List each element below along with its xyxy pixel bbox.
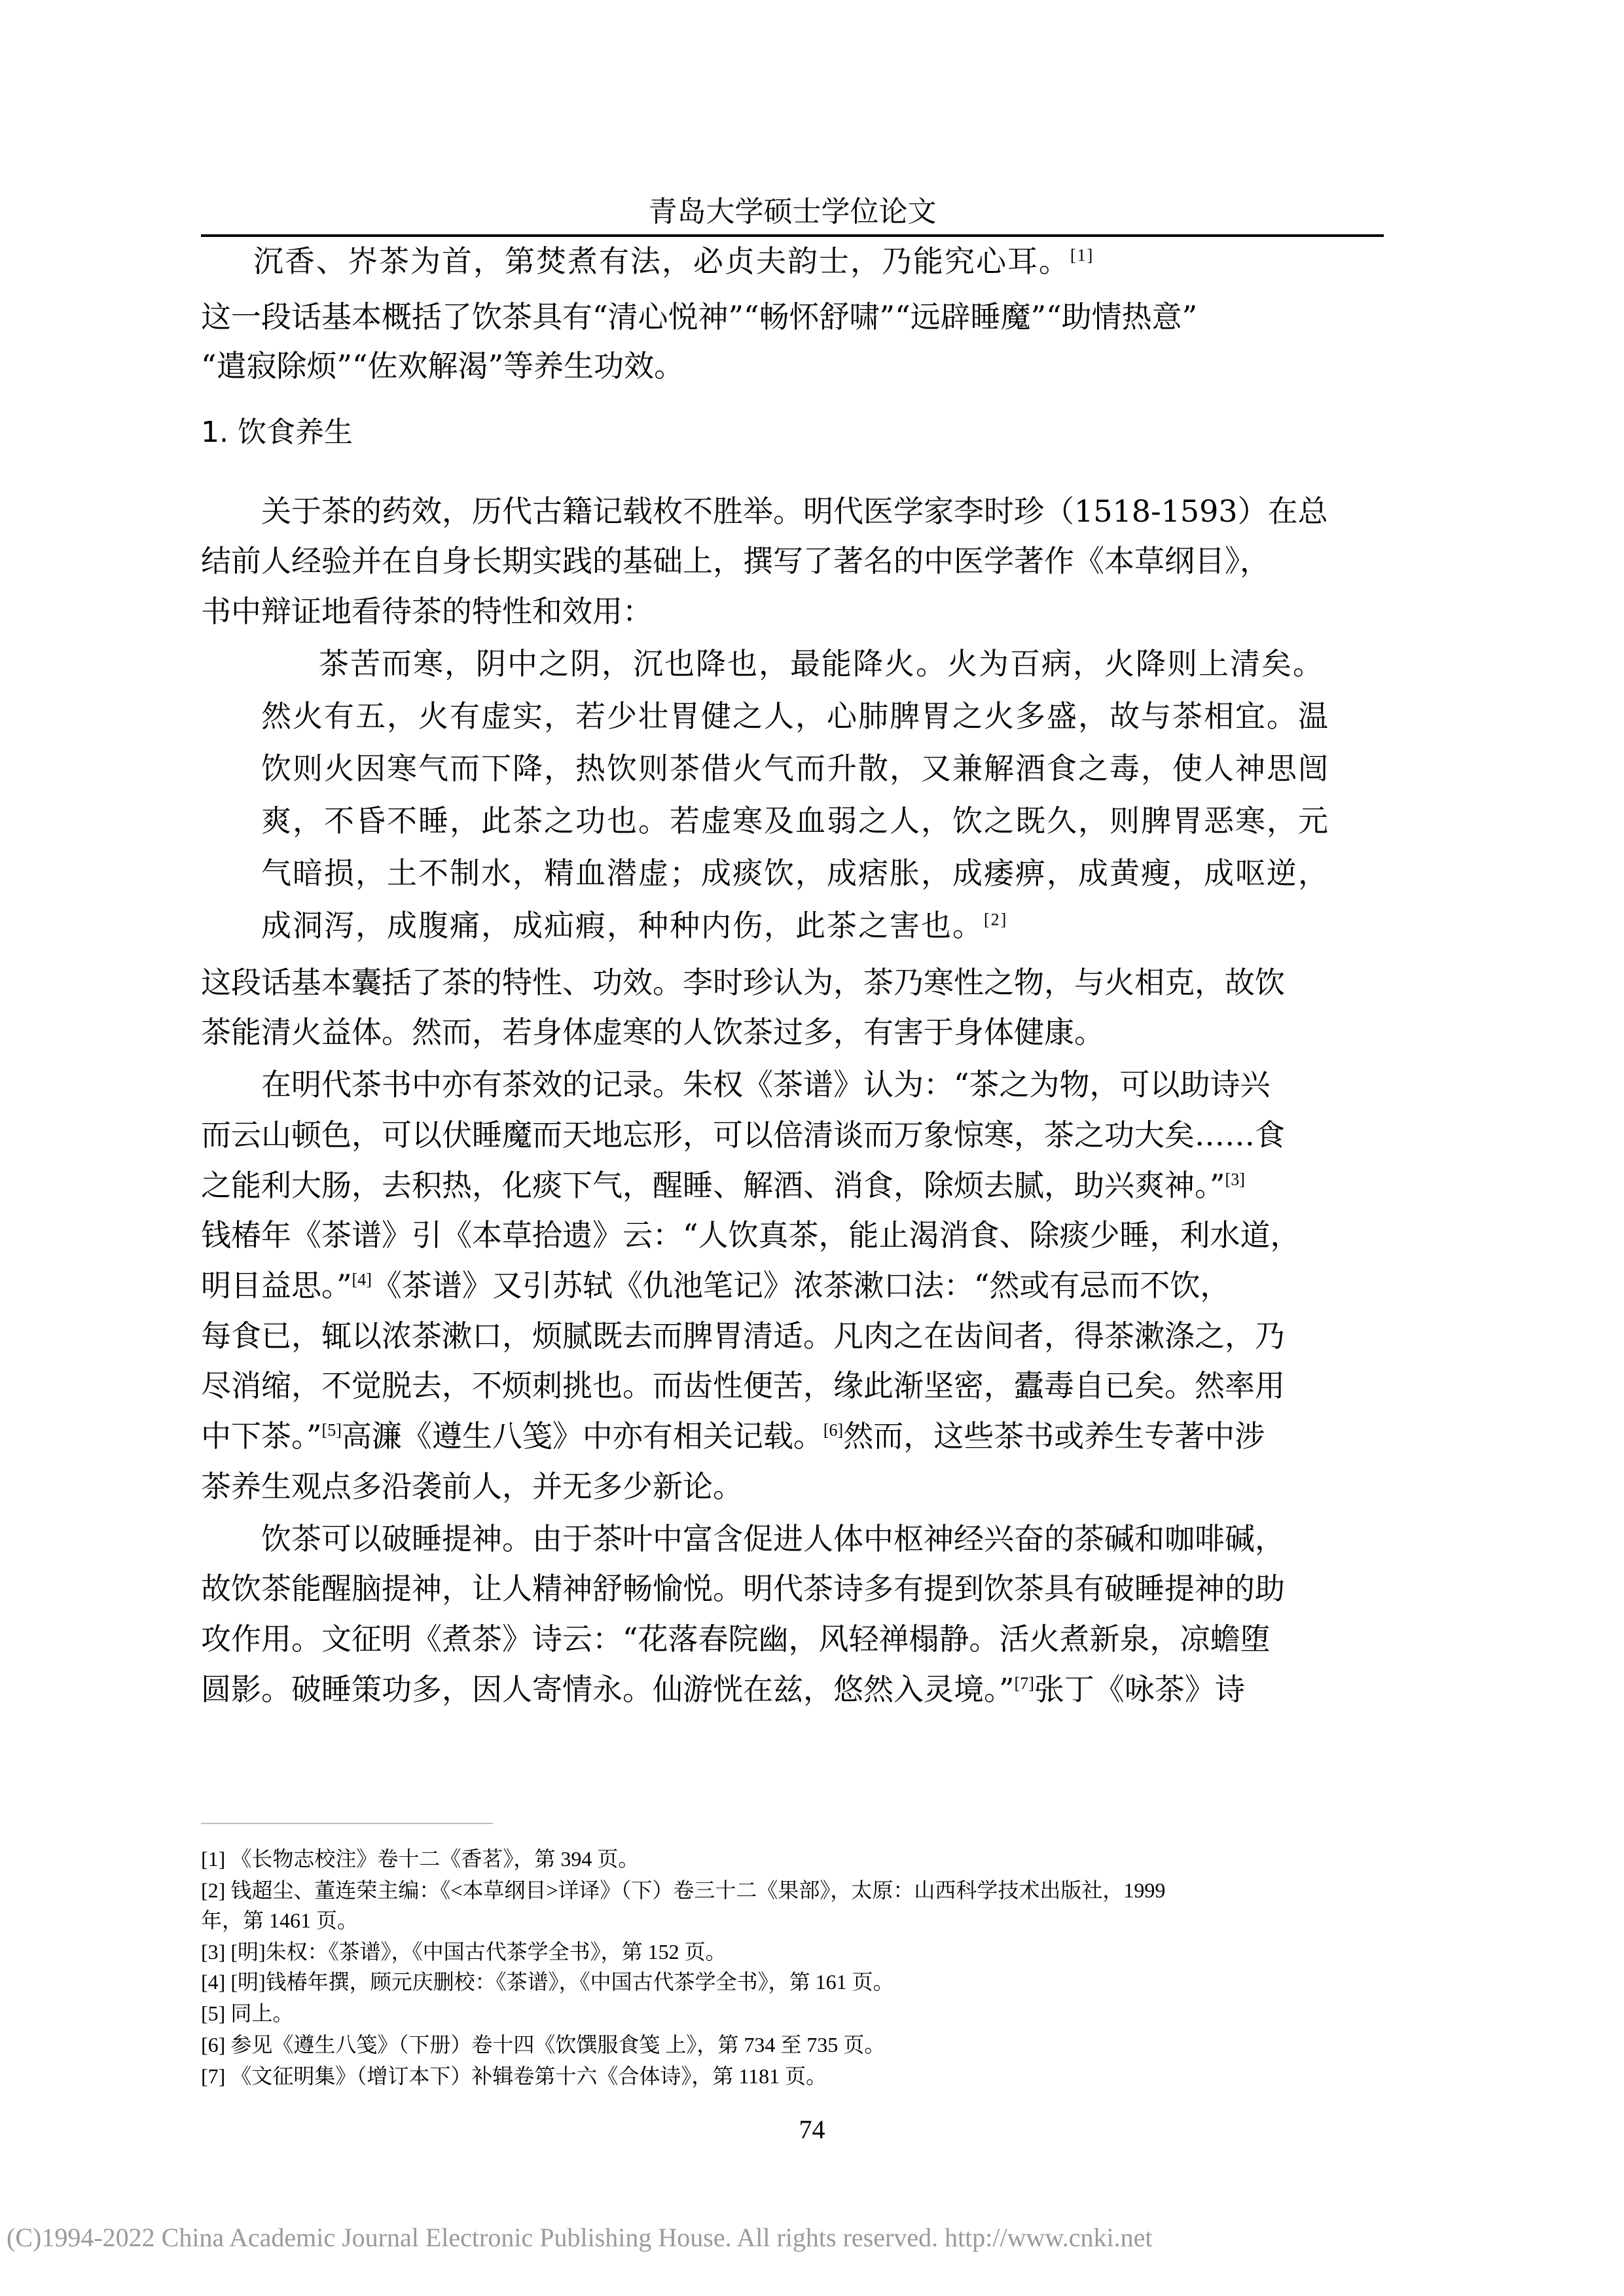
footnote-label: [1] [201, 1847, 225, 1871]
footnote-2: [2] 钱超尘、董连荣主编：《<本草纲目>详译》（下）卷三十二《果部》，太原：山… [201, 1877, 1165, 1903]
paragraph-line: 在明代茶书中亦有茶效的记录。朱权《茶谱》认为：“茶之为物，可以助诗兴 [261, 1066, 1271, 1103]
footnote-label: [2] [201, 1878, 225, 1902]
footnote-ref[interactable]: [1] [1070, 246, 1094, 265]
paragraph-line: 书中辩证地看待茶的特性和效用： [201, 592, 653, 630]
footnote-ref[interactable]: [2] [984, 910, 1007, 929]
footnote-text: 《文征明集》（增订本下）补辑卷第十六《合体诗》，第 1181 页。 [230, 2064, 827, 2088]
footnote-1: [1] 《长物志校注》卷十二《香茗》，第 394 页。 [201, 1846, 639, 1872]
block-quote-line: 饮则火因寒气而下降，热饮则茶借火气而升散，又兼解酒食之毒，使人神思闿 [261, 749, 1329, 787]
footnote-label: [5] [201, 2001, 225, 2025]
footnote-4: [4] [明]钱椿年撰，顾元庆删校：《茶谱》，《中国古代茶学全书》，第 161 … [201, 1969, 894, 1995]
quote-text: 成洞泻，成腹痛，成疝瘕，种种内伤，此茶之害也。 [261, 908, 984, 943]
footnote-text: 同上。 [230, 2001, 293, 2025]
paragraph-line: 明目益思。”[4]《茶谱》又引苏轼《仇池笔记》浓茶漱口法：“然或有忌而不饮， [201, 1266, 1230, 1304]
paragraph-line: 之能利大肠，去积热，化痰下气，醒睡、解酒、消食，除烦去腻，助兴爽神。”[3] [201, 1166, 1245, 1204]
footnote-2-continued: 年，第 1461 页。 [201, 1907, 358, 1933]
paragraph-line: 这一段话基本概括了饮茶具有“清心悦神”“畅怀舒啸”“远辟睡魔”“助情热意” [201, 298, 1197, 336]
text: 圆影。破睡策功多，因人寄情永。仙游恍在兹，悠然入灵境。” [201, 1672, 1015, 1707]
quote-text: 沉香、岕茶为首，第焚煮有法，必贞夫韵士，乃能究心耳。 [253, 243, 1070, 279]
footnote-text: 《长物志校注》卷十二《香茗》，第 394 页。 [230, 1847, 639, 1871]
footnote-ref[interactable]: [6] [823, 1421, 843, 1440]
footnote-label: [6] [201, 2033, 225, 2056]
paragraph-line: 茶养生观点多沿袭前人，并无多少新论。 [201, 1467, 743, 1505]
paragraph-line: 中下茶。”[5]高濂《遵生八笺》中亦有相关记载。[6]然而，这些茶书或养生专著中… [201, 1417, 1265, 1455]
footnote-ref[interactable]: [5] [322, 1421, 342, 1440]
text: 高濂《遵生八笺》中亦有相关记载。 [342, 1418, 823, 1454]
paragraph-line: 关于茶的药效，历代古籍记载枚不胜举。明代医学家李时珍（1518-1593）在总 [261, 492, 1328, 530]
text: 然而，这些茶书或养生专著中涉 [843, 1418, 1265, 1454]
paragraph-line: 这段话基本囊括了茶的特性、功效。李时珍认为，茶乃寒性之物，与火相克，故饮 [201, 963, 1285, 1001]
block-quote-line: 沉香、岕茶为首，第焚煮有法，必贞夫韵士，乃能究心耳。[1] [253, 242, 1094, 280]
footnote-text: [明]钱椿年撰，顾元庆删校：《茶谱》，《中国古代茶学全书》，第 161 页。 [230, 1970, 893, 1994]
text: 张丁《咏茶》诗 [1034, 1672, 1245, 1707]
block-quote-line: 茶苦而寒，阴中之阴，沉也降也，最能降火。火为百病，火降则上清矣。 [319, 645, 1324, 683]
footnote-text: 钱超尘、董连荣主编：《<本草纲目>详译》（下）卷三十二《果部》，太原：山西科学技… [230, 1878, 1165, 1902]
page-number: 74 [0, 2114, 1624, 2145]
text: 《茶谱》又引苏轼《仇池笔记》浓茶漱口法：“然或有忌而不饮， [372, 1268, 1231, 1303]
paragraph-line: 每食已，辄以浓茶漱口，烦腻既去而脾胃清适。凡肉之在齿间者，得茶漱涤之，乃 [201, 1317, 1285, 1355]
footnote-label: [7] [201, 2064, 225, 2088]
footnote-ref[interactable]: [3] [1225, 1170, 1245, 1189]
footnote-divider [201, 1823, 493, 1824]
block-quote-line: 成洞泻，成腹痛，成疝瘕，种种内伤，此茶之害也。[2] [261, 906, 1007, 944]
text: 明目益思。” [201, 1268, 352, 1303]
paragraph-line: 茶能清火益体。然而，若身体虚寒的人饮茶过多，有害于身体健康。 [201, 1013, 1104, 1051]
footnote-ref[interactable]: [7] [1015, 1674, 1034, 1693]
text: 中下茶。” [201, 1418, 322, 1454]
paragraph-line: 攻作用。文征明《煮茶》诗云：“花落春院幽，风轻禅榻静。活火煮新泉，凉蟾堕 [201, 1620, 1271, 1658]
footnote-text: 参见《遵生八笺》（下册）卷十四《饮馔服食笺 上》，第 734 至 735 页。 [230, 2033, 885, 2056]
paragraph-line: 圆影。破睡策功多，因人寄情永。仙游恍在兹，悠然入灵境。”[7]张丁《咏茶》诗 [201, 1670, 1245, 1708]
block-quote-line: 气暗损，土不制水，精血潜虚；成痰饮，成痞胀，成痿痹，成黄瘦，成呕逆， [261, 854, 1329, 892]
footnote-label: [3] [201, 1940, 225, 1964]
paragraph-line: 饮茶可以破睡提神。由于茶叶中富含促进人体中枢神经兴奋的茶碱和咖啡碱， [261, 1520, 1285, 1558]
paragraph-line: 尽消缩，不觉脱去，不烦刺挑也。而齿性便苦，缘此渐坚密，蠹毒自已矣。然率用 [201, 1367, 1285, 1405]
footnote-label: [4] [201, 1970, 225, 1994]
footnote-text: [明]朱权：《茶谱》，《中国古代茶学全书》，第 152 页。 [230, 1940, 726, 1964]
section-heading: 1. 饮食养生 [201, 414, 353, 452]
paragraph-line: 结前人经验并在自身长期实践的基础上，撰写了著名的中医学著作《本草纲目》， [201, 542, 1270, 580]
footnote-ref[interactable]: [4] [352, 1270, 372, 1289]
paragraph-line: 钱椿年《茶谱》引《本草拾遗》云：“人饮真茶，能止渴消食、除痰少睡，利水道， [201, 1216, 1301, 1254]
footnote-5: [5] 同上。 [201, 2000, 293, 2026]
footnote-3: [3] [明]朱权：《茶谱》，《中国古代茶学全书》，第 152 页。 [201, 1939, 727, 1965]
paragraph-line: 而云山顿色，可以伏睡魔而天地忘形，可以倍清谈而万象惊寒，茶之功大矣……食 [201, 1116, 1285, 1154]
footnote-7: [7] 《文征明集》（增订本下）补辑卷第十六《合体诗》，第 1181 页。 [201, 2063, 827, 2089]
footnote-6: [6] 参见《遵生八笺》（下册）卷十四《饮馔服食笺 上》，第 734 至 735… [201, 2032, 885, 2058]
text: 之能利大肠，去积热，化痰下气，醒睡、解酒、消食，除烦去腻，助兴爽神。” [201, 1168, 1225, 1203]
paragraph-line: 故饮茶能醒脑提神，让人精神舒畅愉悦。明代茶诗多有提到饮茶具有破睡提神的助 [201, 1570, 1285, 1607]
block-quote-line: 然火有五，火有虚实，若少壮胃健之人，心肺脾胃之火多盛，故与茶相宜。温 [261, 697, 1329, 735]
copyright-notice: (C)1994-2022 China Academic Journal Elec… [7, 2222, 1152, 2253]
block-quote-line: 爽，不昏不睡，此茶之功也。若虚寒及血弱之人，饮之既久，则脾胃恶寒，元 [261, 802, 1329, 840]
paragraph-line: “遣寂除烦”“佐欢解渴”等养生功效。 [201, 347, 684, 385]
